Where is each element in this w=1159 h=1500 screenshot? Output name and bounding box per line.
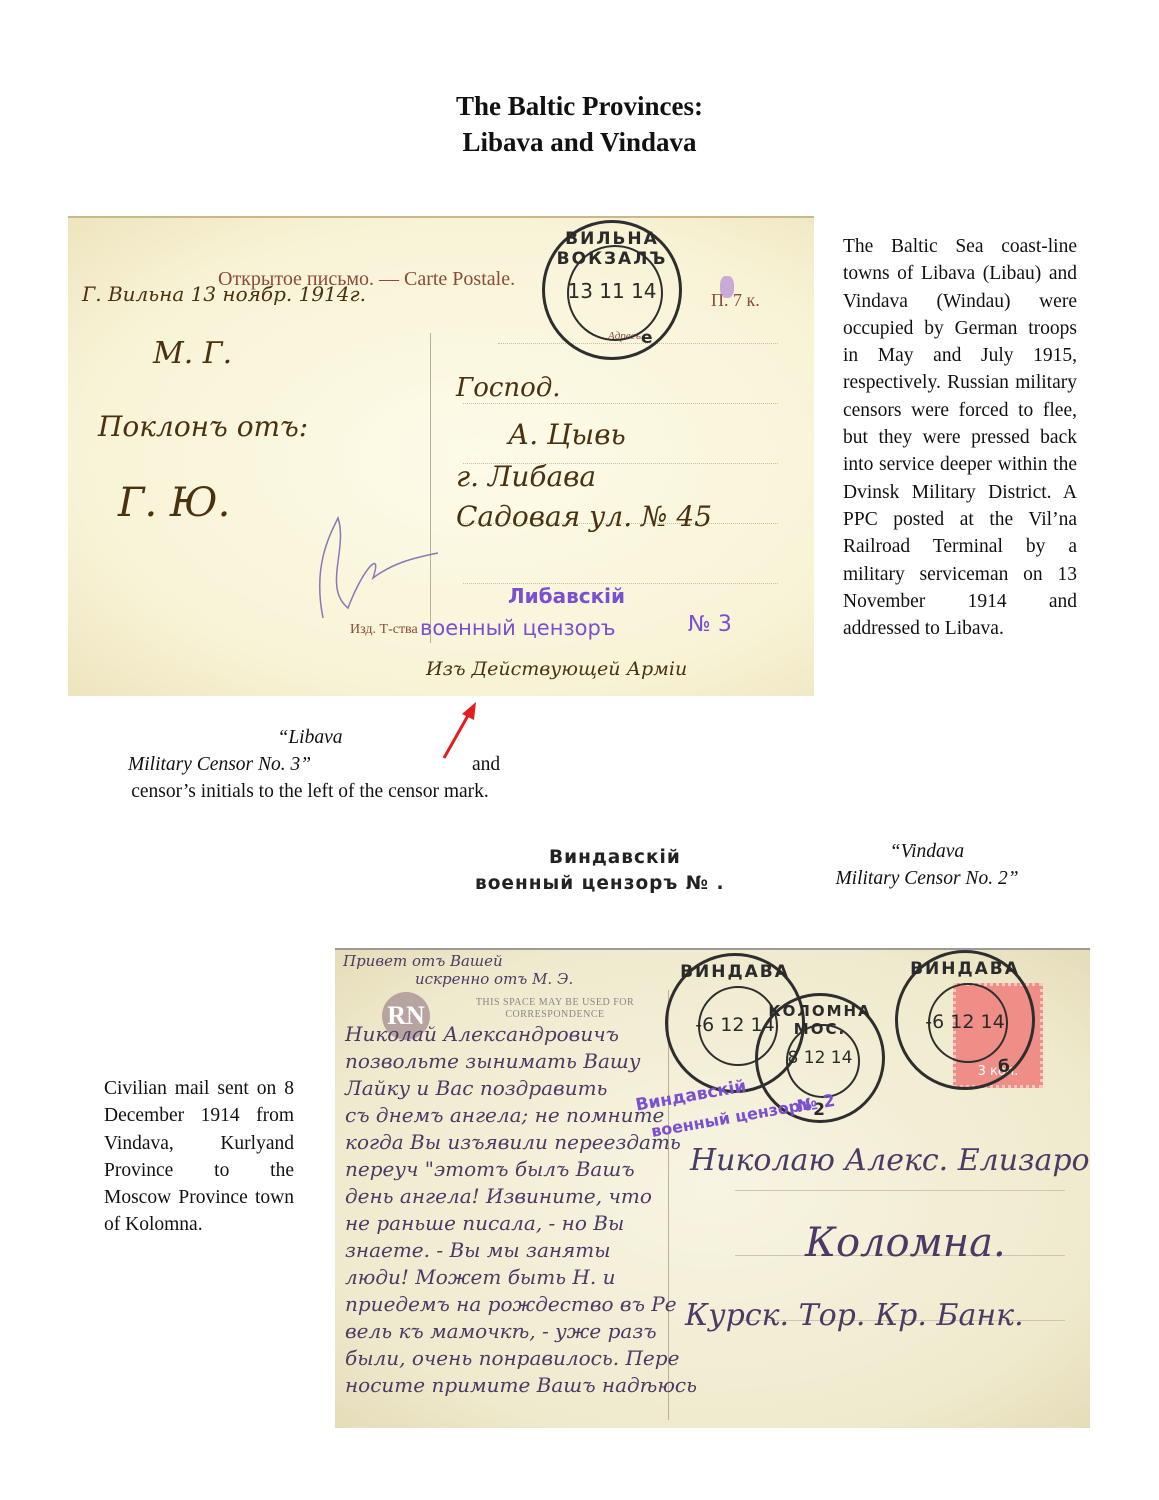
- libava-caption-line2: Military Censor No. 3”: [128, 751, 311, 778]
- vindava-caption-line2: Military Censor No. 2”: [812, 865, 1042, 892]
- postmark-date: 13 11 14: [545, 279, 679, 303]
- address-line-4: Садовая ул. № 45: [456, 500, 712, 533]
- postcard-vindava-overlay: Николаю Алекс. Елизарову. Коломна. Курск…: [335, 948, 1090, 1426]
- handwritten-body: Поклонъ отъ:: [98, 410, 308, 443]
- censor-mark-number: № 3: [688, 612, 732, 637]
- postmark-letter: е: [641, 328, 655, 348]
- postmark-date: -6 12 14: [898, 1011, 1032, 1033]
- vindava-censor-example: Виндавскiй военный цензоръ № .: [475, 845, 775, 897]
- censor-initials-scribble: [303, 508, 443, 628]
- vindava-censor-caption: “Vindava Military Censor No. 2”: [812, 838, 1042, 893]
- vindava-censor-example-line1: Виндавскiй: [475, 845, 775, 871]
- postmark-ring-text: ВИНДАВА: [668, 962, 802, 982]
- handwritten-date: Г. Вильна 13 ноябр. 1914г.: [82, 282, 366, 306]
- from-army-note: Изъ Действующей Арміи: [426, 658, 687, 680]
- address-line-1: Господ.: [456, 373, 561, 403]
- postcard-libava: Открытое письмо. — Carte Postale. П. 7 к…: [68, 216, 814, 696]
- censor-mark-line1: Либавскій: [508, 584, 625, 608]
- postmark-vindava-2: ВИНДАВА -6 12 14 б: [895, 950, 1035, 1090]
- address-line-3: Курск. Тор. Кр. Банк.: [685, 1298, 1024, 1333]
- postmark-date: 8 12 14: [758, 1048, 882, 1068]
- vindava-censor-example-line2: военный цензоръ № .: [475, 871, 775, 897]
- kolomna-paragraph: Civilian mail sent on 8 December 1914 fr…: [104, 1075, 294, 1239]
- address-line-2: Коломна.: [805, 1220, 1006, 1266]
- address-line-1: Николаю Алекс. Елизарову.: [690, 1143, 1090, 1178]
- postmark-letter: б: [998, 1057, 1012, 1077]
- postmark-ring-text: ВИНДАВА: [898, 959, 1032, 979]
- page-title: The Baltic Provinces: Libava and Vindava: [0, 88, 1159, 160]
- address-line-3: г. Либава: [456, 460, 596, 493]
- libava-caption-line1: “Libava: [100, 724, 520, 751]
- page-title-line2: Libava and Vindava: [0, 124, 1159, 160]
- libava-caption-rest: censor’s initials to the left of the cen…: [100, 778, 520, 805]
- printed-rate: П. 7 к.: [711, 290, 760, 311]
- page-title-line1: The Baltic Provinces:: [0, 88, 1159, 124]
- postmark-vilna-vokzal: ВИЛЬНА ВОКЗАЛЪ 13 11 14 е: [542, 220, 682, 360]
- vindava-caption-line1: “Vindava: [812, 838, 1042, 865]
- postmark-ring-text: ВИЛЬНА ВОКЗАЛЪ: [545, 229, 679, 269]
- libava-caption-and: and: [472, 751, 500, 778]
- address-line: [463, 403, 778, 404]
- postmark-ring-text: КОЛОМНА МОС.: [758, 1002, 882, 1038]
- censor-mark-line2: военный цензоръ: [420, 616, 616, 640]
- handwritten-greeting: М. Г.: [153, 336, 232, 371]
- libava-censor-caption: “Libava Military Censor No. 3” and censo…: [100, 724, 520, 806]
- handwritten-signature: Г. Ю.: [118, 480, 230, 526]
- violet-mark: [720, 276, 734, 298]
- intro-paragraph: The Baltic Sea coast-line towns of Libav…: [843, 233, 1077, 642]
- address-line-2: А. Цывь: [508, 418, 626, 451]
